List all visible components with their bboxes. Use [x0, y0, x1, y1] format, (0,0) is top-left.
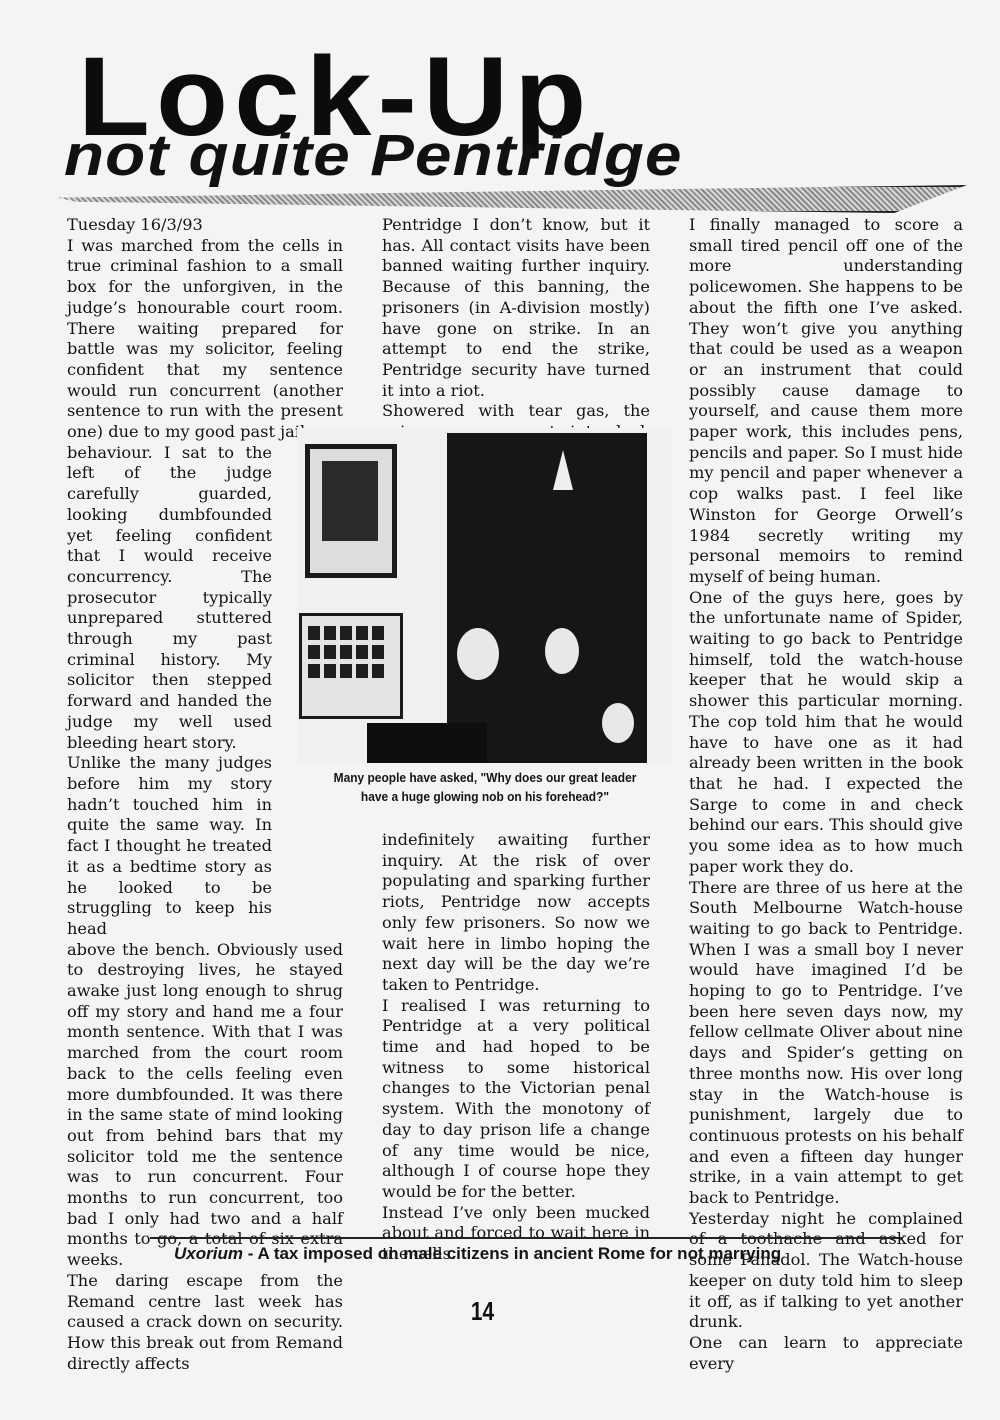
photo-face — [545, 628, 579, 674]
paragraph: I finally managed to score a small tired… — [689, 215, 963, 588]
paragraph: above the bench. Obviously used to destr… — [67, 940, 343, 1271]
news-photo — [297, 428, 672, 763]
footer-divider — [150, 1237, 903, 1239]
photo-face — [602, 703, 634, 743]
photo-podium — [367, 723, 487, 763]
paragraph: One of the guys here, goes by the unfort… — [689, 588, 963, 878]
photo-hat-plume — [553, 450, 573, 490]
paragraph: One can learn to appreciate every — [689, 1333, 963, 1374]
paragraph: I was marched from the cells in true cri… — [67, 236, 343, 443]
photo-wall-board — [299, 613, 403, 719]
footnote-definition: - A tax imposed on male citizens in anci… — [243, 1244, 781, 1263]
footnote: Uxorium - A tax imposed on male citizens… — [174, 1244, 874, 1264]
photo-caption: Many people have asked, "Why does our gr… — [319, 768, 650, 806]
footnote-term: Uxorium — [174, 1244, 243, 1263]
article-column-2: Pentridge I don’t know, but it has. All … — [382, 215, 650, 463]
article-column-3: I finally managed to score a small tired… — [689, 215, 963, 1374]
page-number: 14 — [471, 1296, 494, 1327]
article-date: Tuesday 16/3/93 — [67, 215, 343, 236]
paragraph: Pentridge I don’t know, but it has. All … — [382, 215, 650, 401]
paragraph: Unlike the many judges before him my sto… — [67, 753, 272, 939]
page-subtitle: not quite Pentridge — [64, 127, 683, 185]
swoosh-underline — [58, 185, 967, 213]
photo-portrait-frame — [305, 444, 397, 578]
magazine-page: Lock-Up not quite Pentridge Tuesday 16/3… — [0, 0, 1000, 1420]
paragraph: indefinitely awaiting further inquiry. A… — [382, 830, 650, 996]
paragraph: The daring escape from the Remand centre… — [67, 1271, 343, 1375]
photo-face — [457, 628, 499, 680]
masthead: Lock-Up not quite Pentridge — [50, 35, 980, 210]
paragraph: Yesterday night he complained of a tooth… — [689, 1209, 963, 1333]
paragraph: I realised I was returning to Pentridge … — [382, 996, 650, 1203]
paragraph: behaviour. I sat to the left of the judg… — [67, 443, 272, 754]
article-column-1: Tuesday 16/3/93 I was marched from the c… — [67, 215, 343, 1374]
paragraph: There are three of us here at the South … — [689, 878, 963, 1209]
article-column-2-continued: indefinitely awaiting further inquiry. A… — [382, 830, 650, 1265]
